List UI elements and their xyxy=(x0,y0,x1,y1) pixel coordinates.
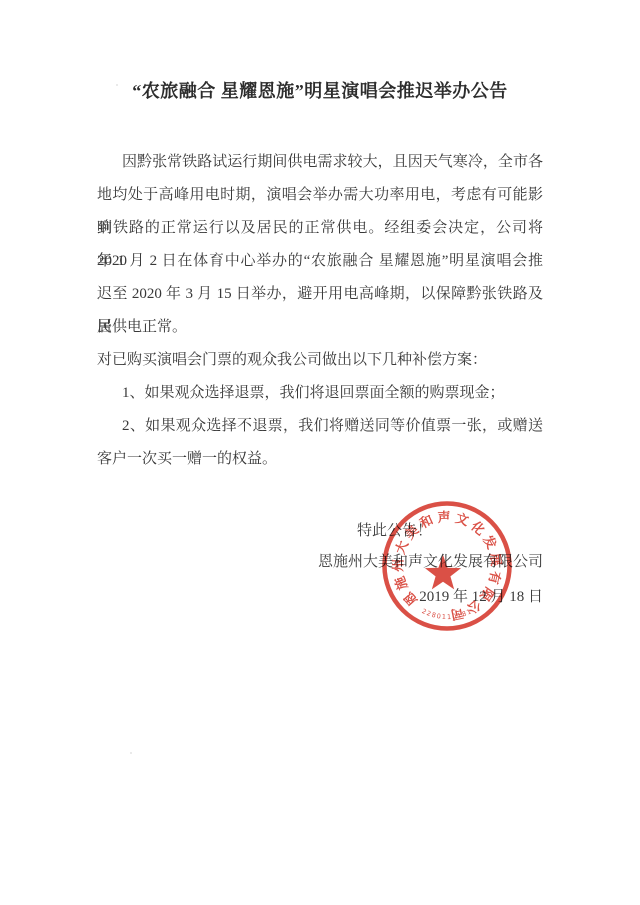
body-line: 迟至 2020 年 3 月 15 日举办，避开用电高峰期，以保障黔张铁路及居 xyxy=(97,278,543,311)
svg-text:发: 发 xyxy=(480,532,500,552)
svg-text:州: 州 xyxy=(390,559,405,572)
scan-speck xyxy=(130,752,132,754)
body-line: 因黔张常铁路试运行期间供电需求较大，且因天气寒冷，全市各 xyxy=(97,146,543,179)
svg-text:和: 和 xyxy=(417,512,435,531)
svg-text:文: 文 xyxy=(454,510,471,528)
svg-text:展: 展 xyxy=(487,552,504,567)
company-round-seal-stamp: 恩 施 州 大 美 和 声 文 化 发 展 有 限 公 司 4228011018… xyxy=(378,497,516,635)
body-line: 1、如果观众选择退票，我们将退回票面全额的购票现金； xyxy=(97,377,543,410)
svg-text:有: 有 xyxy=(486,570,504,586)
body-line: 客户一次买一赠一的权益。 xyxy=(97,443,543,476)
body-line: 对已购买演唱会门票的观众我公司做出以下几种补偿方案： xyxy=(97,344,543,377)
body-line: 民供电正常。 xyxy=(97,311,543,344)
body-line: 2、如果观众选择不退票，我们将赠送同等价值票一张，或赠送 xyxy=(97,410,543,443)
seal-star-icon xyxy=(425,555,461,589)
svg-text:施: 施 xyxy=(392,574,411,591)
body-line: 地均处于高峰用电时期，演唱会举办需大功率用电，考虑有可能影响 xyxy=(97,179,543,212)
svg-text:恩: 恩 xyxy=(400,588,421,608)
body-line: 年 1 月 2 日在体育中心举办的“农旅融合 星耀恩施”明星演唱会推 xyxy=(97,245,543,278)
svg-text:声: 声 xyxy=(437,509,451,525)
announcement-page: “农旅融合 星耀恩施”明星演唱会推迟举办公告 因黔张常铁路试运行期间供电需求较大… xyxy=(0,0,640,905)
svg-text:化: 化 xyxy=(468,518,488,538)
seal-arc-text: 恩 施 州 大 美 和 声 文 化 发 展 有 限 公 司 xyxy=(378,497,516,633)
body-line: 到铁路的正常运行以及居民的正常供电。经组委会决定，公司将 2020 xyxy=(97,212,543,245)
document-title: “农旅融合 星耀恩施”明星演唱会推迟举办公告 xyxy=(0,78,640,104)
svg-text:大: 大 xyxy=(392,539,411,557)
svg-text:限: 限 xyxy=(477,585,497,604)
scan-speck xyxy=(116,84,118,86)
svg-text:美: 美 xyxy=(402,522,422,542)
document-body: 因黔张常铁路试运行期间供电需求较大，且因天气寒冷，全市各 地均处于高峰用电时期，… xyxy=(97,146,543,476)
